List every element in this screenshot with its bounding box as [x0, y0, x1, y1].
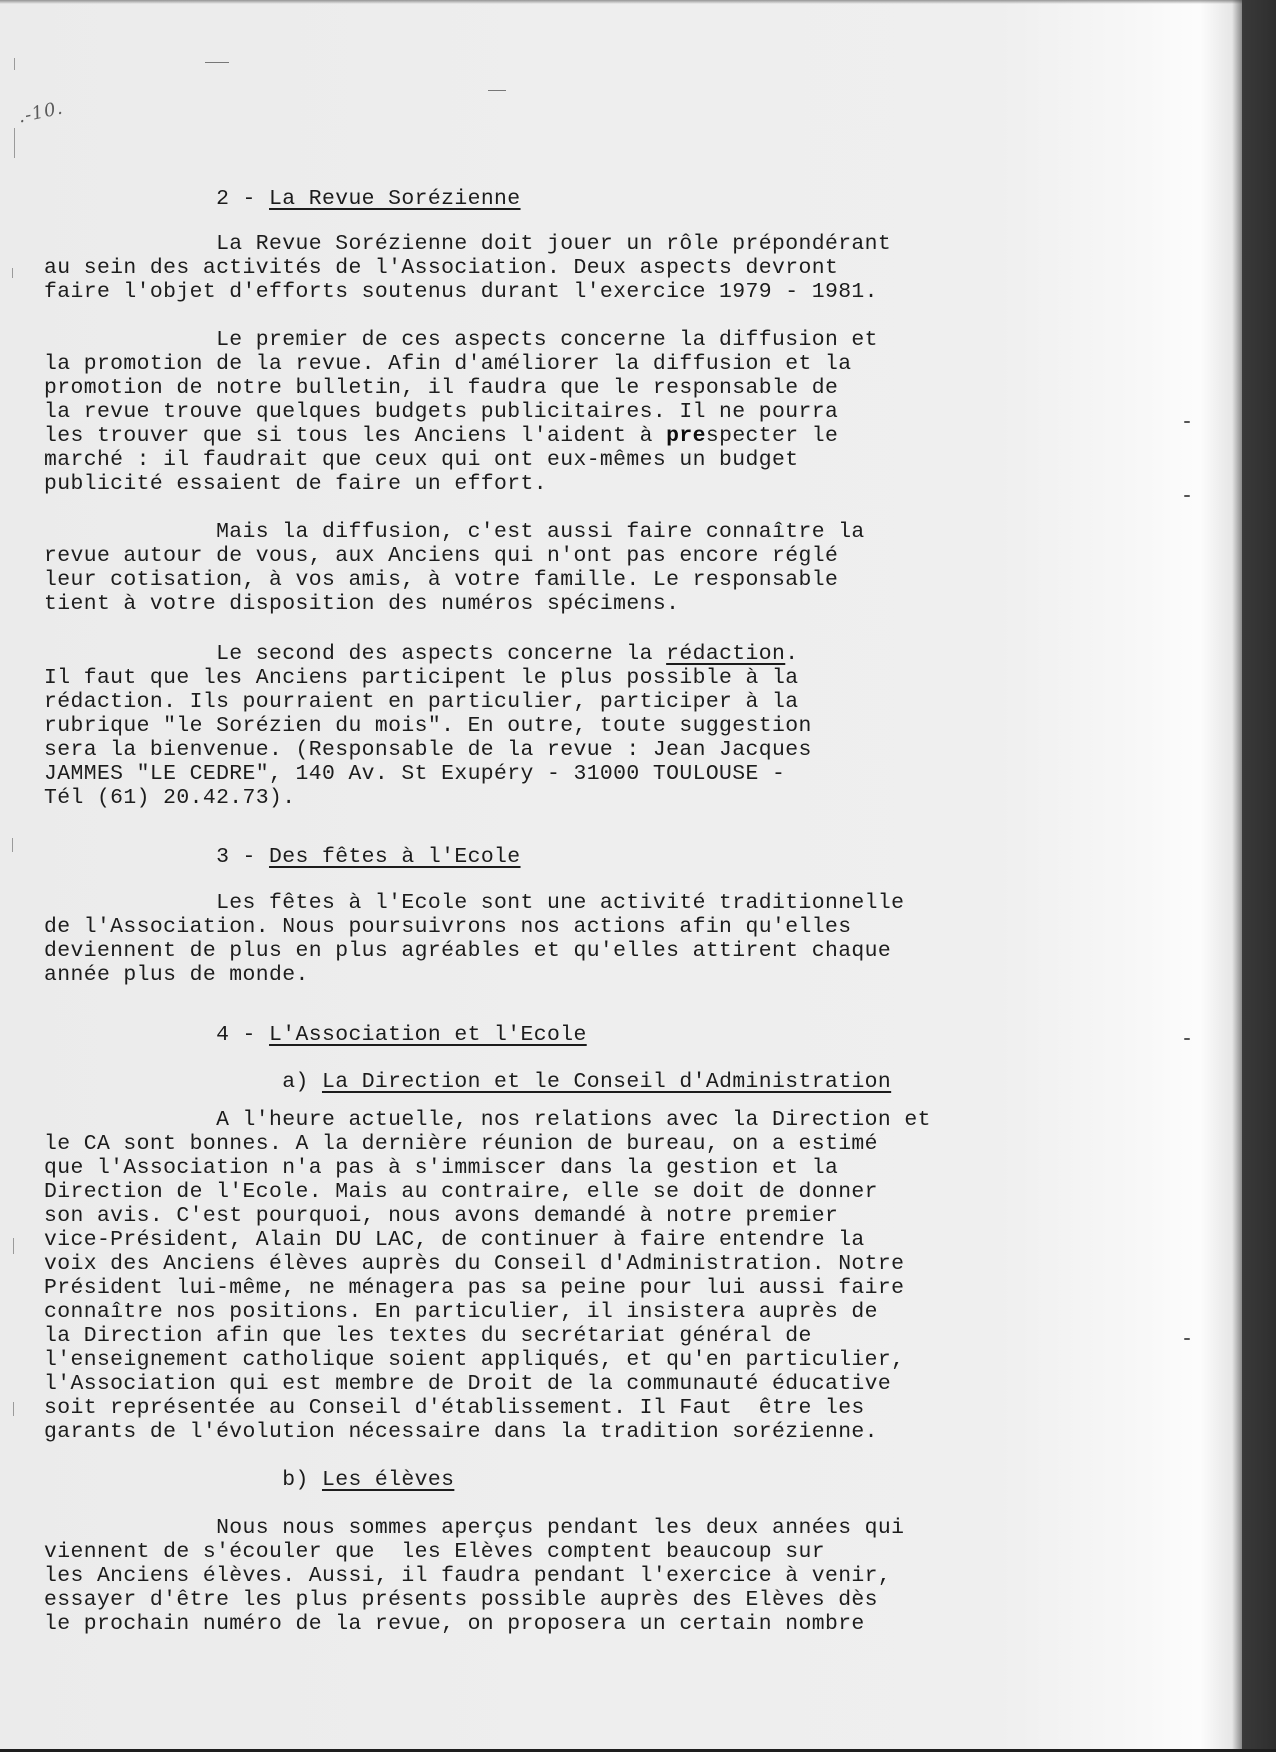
- paragraph-line: au sein des activités de l'Association. …: [44, 257, 838, 281]
- paragraph-line: sera la bienvenue. (Responsable de la re…: [44, 739, 812, 763]
- paragraph-line: revue autour de vous, aux Anciens qui n'…: [44, 545, 838, 569]
- subsection-title: La Direction et le Conseil d'Administrat…: [322, 1070, 891, 1094]
- paragraph-line: les Anciens élèves. Aussi, il faudra pen…: [44, 1565, 891, 1589]
- paragraph-line: garants de l'évolution nécessaire dans l…: [44, 1421, 878, 1445]
- paragraph-line: Le second des aspects concerne la rédact…: [44, 643, 799, 667]
- subsection-title: Les élèves: [322, 1468, 454, 1492]
- paragraph-line: Tél (61) 20.42.73).: [44, 787, 296, 811]
- paragraph-line: de l'Association. Nous poursuivrons nos …: [44, 916, 851, 940]
- paragraph-line: la Direction afin que les textes du secr…: [44, 1325, 812, 1349]
- margin-mark: [12, 838, 13, 852]
- paragraph-line: A l'heure actuelle, nos relations avec l…: [44, 1109, 931, 1133]
- stray-mark: [1184, 495, 1190, 497]
- paragraph-line: La Revue Sorézienne doit jouer un rôle p…: [44, 233, 891, 257]
- section-heading-3: 3 - Des fêtes à l'Ecole: [44, 846, 521, 870]
- paragraph-line: la revue trouve quelques budgets publici…: [44, 401, 838, 425]
- stray-mark: [1184, 421, 1190, 423]
- paragraph-line: leur cotisation, à vos amis, à votre fam…: [44, 569, 838, 593]
- paragraph-line: son avis. C'est pourquoi, nous avons dem…: [44, 1205, 838, 1229]
- paragraph-line: la promotion de la revue. Afin d'amélior…: [44, 353, 851, 377]
- margin-mark: [12, 268, 13, 278]
- section-heading-4: 4 - L'Association et l'Ecole: [44, 1024, 587, 1048]
- stray-mark: [1184, 1338, 1190, 1340]
- paragraph-line: marché : il faudrait que ceux qui ont eu…: [44, 449, 798, 473]
- paragraph-line: rédaction. Ils pourraient en particulier…: [44, 691, 798, 715]
- paragraph-line: viennent de s'écouler que les Elèves com…: [44, 1541, 825, 1565]
- paragraph-line: Mais la diffusion, c'est aussi faire con…: [44, 521, 865, 545]
- paragraph-line: essayer d'être les plus présents possibl…: [44, 1589, 878, 1613]
- subsection-heading-a: a) La Direction et le Conseil d'Administ…: [44, 1071, 891, 1095]
- margin-mark: [14, 58, 15, 70]
- paragraph-line: Le premier de ces aspects concerne la di…: [44, 329, 878, 353]
- margin-mark: [14, 128, 15, 158]
- stray-mark: [1184, 1038, 1190, 1040]
- margin-mark: [13, 1238, 14, 1254]
- paragraph-line: année plus de monde.: [44, 964, 309, 988]
- paragraph-line: promotion de notre bulletin, il faudra q…: [44, 377, 838, 401]
- paragraph-line: soit représentée au Conseil d'établissem…: [44, 1397, 865, 1421]
- paragraph-line: Nous nous sommes aperçus pendant les deu…: [44, 1517, 904, 1541]
- section-heading-2: 2 - La Revue Sorézienne: [44, 188, 521, 212]
- overtyped-correction: pre: [666, 424, 706, 448]
- paragraph-line: rubrique "le Sorézien du mois". En outre…: [44, 715, 812, 739]
- paragraph-line: connaître nos positions. En particulier,…: [44, 1301, 878, 1325]
- underlined-word: rédaction: [666, 642, 785, 666]
- paragraph-line: Direction de l'Ecole. Mais au contraire,…: [44, 1181, 878, 1205]
- paragraph-line: Président lui-même, ne ménagera pas sa p…: [44, 1277, 904, 1301]
- paragraph-line: les trouver que si tous les Anciens l'ai…: [44, 425, 838, 449]
- document-body: 2 - La Revue Sorézienne La Revue Sorézie…: [44, 0, 1044, 1690]
- paragraph-line: deviennent de plus en plus agréables et …: [44, 940, 891, 964]
- paragraph-line: le CA sont bonnes. A la dernière réunion…: [44, 1133, 878, 1157]
- paragraph-line: que l'Association n'a pas à s'immiscer d…: [44, 1157, 838, 1181]
- section-title: Des fêtes à l'Ecole: [269, 845, 521, 869]
- paragraph-line: JAMMES "LE CEDRE", 140 Av. St Exupéry - …: [44, 763, 785, 787]
- paragraph-line: vice-Président, Alain DU LAC, de continu…: [44, 1229, 865, 1253]
- scanner-edge-right: [1242, 0, 1276, 1752]
- paragraph-line: voix des Anciens élèves auprès du Consei…: [44, 1253, 904, 1277]
- paragraph-line: tient à votre disposition des numéros sp…: [44, 593, 679, 617]
- paragraph-line: Il faut que les Anciens participent le p…: [44, 667, 798, 691]
- paragraph-line: l'Association qui est membre de Droit de…: [44, 1373, 891, 1397]
- section-title: La Revue Sorézienne: [269, 187, 521, 211]
- paragraph-line: le prochain numéro de la revue, on propo…: [44, 1613, 865, 1637]
- section-title: L'Association et l'Ecole: [269, 1023, 587, 1047]
- paragraph-line: Les fêtes à l'Ecole sont une activité tr…: [44, 892, 904, 916]
- paragraph-line: publicité essaient de faire un effort.: [44, 473, 547, 497]
- paragraph-line: faire l'objet d'efforts soutenus durant …: [44, 281, 878, 305]
- scanned-page: .-10. 2 - La Revue Sorézienne La Revue S…: [0, 0, 1242, 1749]
- paragraph-line: l'enseignement catholique soient appliqu…: [44, 1349, 904, 1373]
- margin-mark: [13, 1402, 14, 1416]
- subsection-heading-b: b) Les élèves: [44, 1469, 454, 1493]
